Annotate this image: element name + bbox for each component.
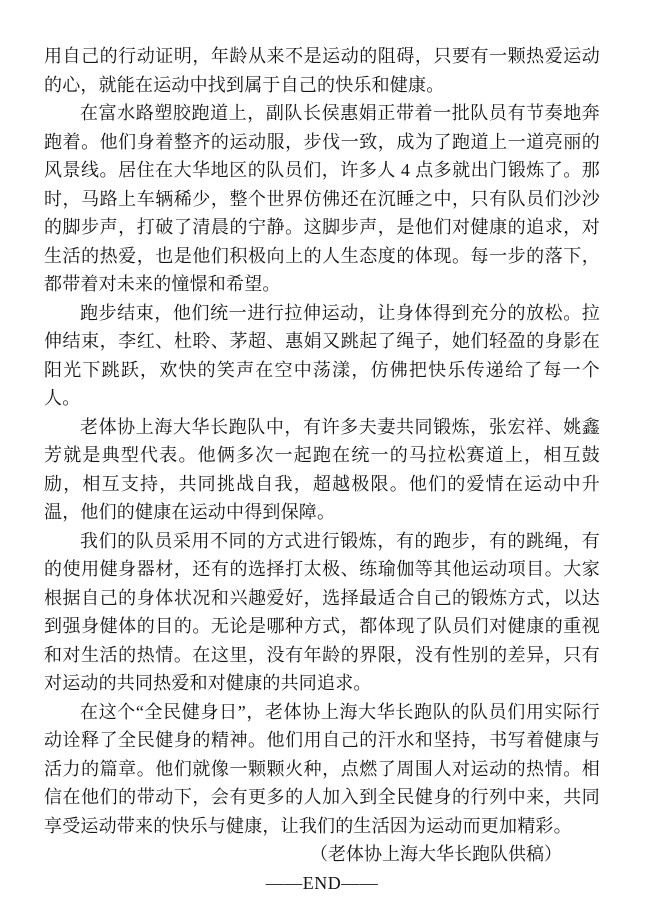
paragraph: 在这个“全民健身日”，老体协上海大华长跑队的队员们用实际行动诠释了全民健身的精神… <box>44 698 600 841</box>
paragraph: 我们的队员采用不同的方式进行锻炼，有的跑步，有的跳绳，有的使用健身器材，还有的选… <box>44 527 600 698</box>
paragraph: 跑步结束，他们统一进行拉伸运动，让身体得到充分的放松。拉伸结束，李红、杜聆、茅超… <box>44 299 600 413</box>
document-page: 用自己的行动证明，年龄从来不是运动的阻碍，只要有一颗热爱运动的心，就能在运动中找… <box>0 0 650 919</box>
attribution-line: （老体协上海大华长跑队供稿） <box>44 840 600 869</box>
end-mark: ——END—— <box>44 869 600 898</box>
paragraph: 老体协上海大华长跑队中，有许多夫妻共同锻炼，张宏祥、姚鑫芳就是典型代表。他俩多次… <box>44 413 600 527</box>
article-body: 用自己的行动证明，年龄从来不是运动的阻碍，只要有一颗热爱运动的心，就能在运动中找… <box>44 42 600 840</box>
paragraph: 在富水路塑胶跑道上，副队长侯惠娟正带着一批队员有节奏地奔跑着。他们身着整齐的运动… <box>44 99 600 299</box>
paragraph: 用自己的行动证明，年龄从来不是运动的阻碍，只要有一颗热爱运动的心，就能在运动中找… <box>44 42 600 99</box>
